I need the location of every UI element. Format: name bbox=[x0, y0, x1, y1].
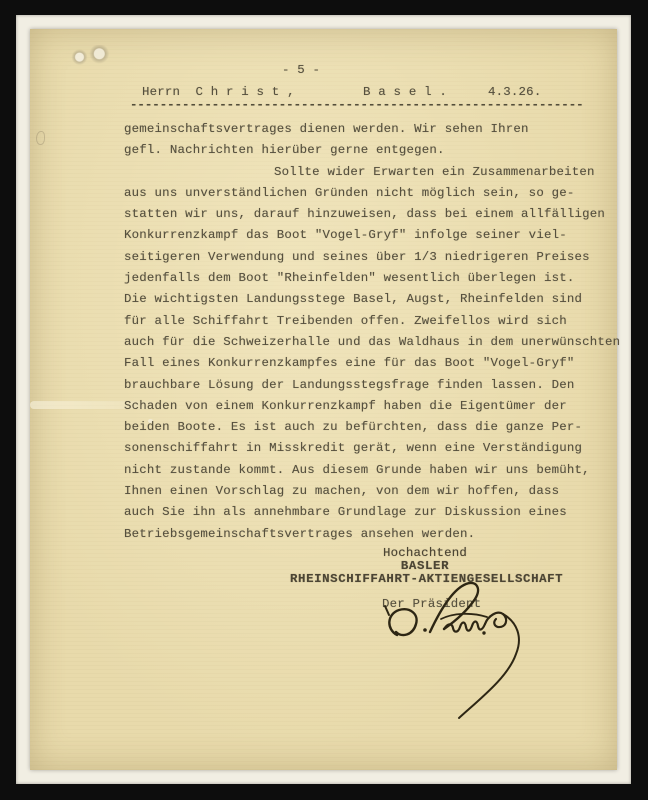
letter-body: gemeinschaftsvertrages dienen werden. Wi… bbox=[124, 119, 614, 545]
page-number: - 5 - bbox=[282, 63, 320, 77]
closing-salutation: Hochachtend bbox=[290, 547, 560, 560]
body-line: sonenschiffahrt in Misskredit gerät, wen… bbox=[124, 438, 614, 459]
header-city: B a s e l . bbox=[363, 85, 447, 99]
signature-handwritten bbox=[375, 579, 575, 764]
body-line: gemeinschaftsvertrages dienen werden. Wi… bbox=[124, 119, 614, 140]
body-line: statten wir uns, darauf hinzuweisen, das… bbox=[124, 204, 614, 225]
photo-mat: - 5 - Herrn C h r i s t , B a s e l . 4.… bbox=[16, 15, 631, 784]
body-line: auch Sie ihn als annehmbare Grundlage zu… bbox=[124, 502, 614, 523]
letter-paper: - 5 - Herrn C h r i s t , B a s e l . 4.… bbox=[30, 29, 617, 770]
paper-mark bbox=[36, 131, 45, 145]
body-line: Sollte wider Erwarten ein Zusammenarbeit… bbox=[124, 162, 614, 183]
body-line: Fall eines Konkurrenzkampfes eine für da… bbox=[124, 353, 614, 374]
body-line: seitigeren Verwendung und seines über 1/… bbox=[124, 247, 614, 268]
header-divider: ----------------------------------------… bbox=[130, 98, 584, 112]
body-line: gefl. Nachrichten hierüber gerne entgege… bbox=[124, 140, 614, 161]
body-line: nicht zustande kommt. Aus diesem Grunde … bbox=[124, 460, 614, 481]
header-recipient: Herrn C h r i s t , bbox=[142, 85, 295, 99]
header-date: 4.3.26. bbox=[488, 85, 541, 99]
body-line: Konkurrenzkampf das Boot "Vogel-Gryf" in… bbox=[124, 225, 614, 246]
body-line: jedenfalls dem Boot "Rheinfelden" wesent… bbox=[124, 268, 614, 289]
body-line: brauchbare Lösung der Landungsstegsfrage… bbox=[124, 375, 614, 396]
body-line: auch für die Schweizerhalle und das Wald… bbox=[124, 332, 614, 353]
scan-frame: - 5 - Herrn C h r i s t , B a s e l . 4.… bbox=[0, 0, 648, 800]
company-name-line1: BASLER bbox=[290, 560, 560, 573]
body-line: aus uns unverständlichen Gründen nicht m… bbox=[124, 183, 614, 204]
body-line: Betriebsgemeinschaftsvertrages ansehen w… bbox=[124, 524, 614, 545]
body-line: Ihnen einen Vorschlag zu machen, von dem… bbox=[124, 481, 614, 502]
body-line: Die wichtigsten Landungsstege Basel, Aug… bbox=[124, 289, 614, 310]
body-line: für alle Schiffahrt Treibenden offen. Zw… bbox=[124, 311, 614, 332]
body-line: Schaden von einem Konkurrenzkampf haben … bbox=[124, 396, 614, 417]
body-line: beiden Boote. Es ist auch zu befürchten,… bbox=[124, 417, 614, 438]
paper-stain bbox=[68, 45, 114, 67]
